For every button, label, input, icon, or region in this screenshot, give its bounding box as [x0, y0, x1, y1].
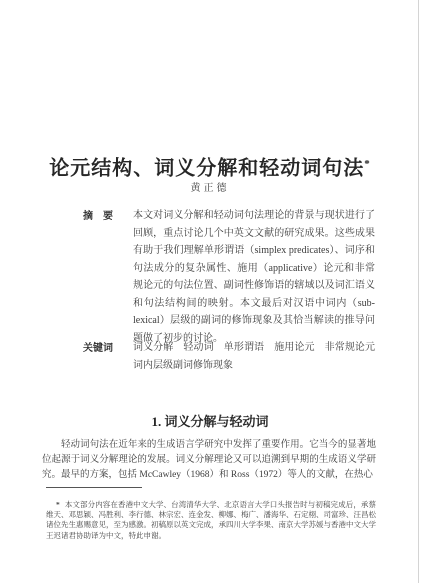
paper-title: 论元结构、词义分解和轻动词句法*	[30, 151, 390, 182]
footnote: *本文部分内容在香港中文大学、台湾清华大学、北京语言大学口头报告时与初稿完成后，…	[46, 500, 376, 542]
paper-page: 论元结构、词义分解和轻动词句法* 黄正德 摘 要 本文对词义分解和轻动词句法理论…	[0, 0, 421, 583]
title-footnote-marker: *	[364, 158, 371, 170]
footnote-divider	[46, 487, 142, 488]
page-edge-shadow	[418, 0, 419, 583]
footnote-marker: *	[56, 500, 60, 509]
paper-title-text: 论元结构、词义分解和轻动词句法	[49, 158, 364, 180]
abstract-text: 本文对词义分解和轻动词句法理论的背景与现状进行了回顾，重点讨论几个中英文文献的研…	[133, 207, 375, 347]
keywords-block: 关键词 词义分解 轻动词 单形谓语 施用论元 非常规论元 词内层级副词修饰现象	[83, 339, 375, 374]
abstract-block: 摘 要 本文对词义分解和轻动词句法理论的背景与现状进行了回顾，重点讨论几个中英文…	[83, 207, 375, 347]
section-heading: 1. 词义分解与轻动词	[30, 411, 390, 430]
keywords-text: 词义分解 轻动词 单形谓语 施用论元 非常规论元 词内层级副词修饰现象	[133, 339, 375, 374]
author-name: 黄正德	[30, 179, 390, 194]
footnote-text: 本文部分内容在香港中文大学、台湾清华大学、北京语言大学口头报告时与初稿完成后，承…	[46, 500, 376, 540]
body-paragraph: 轻动词句法在近年来的生成语言学研究中发挥了重要作用。它当今的显著地位起源于词义分…	[42, 438, 376, 483]
keywords-label: 关键词	[83, 339, 123, 354]
abstract-label: 摘 要	[83, 207, 123, 222]
